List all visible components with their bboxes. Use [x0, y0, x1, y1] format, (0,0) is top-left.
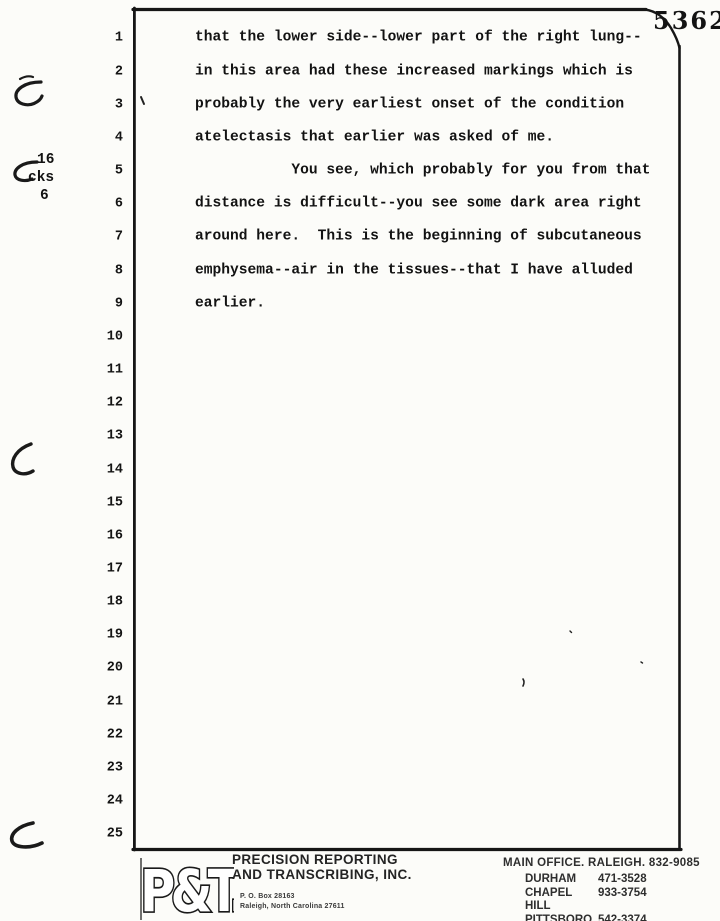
- line-number: 3: [0, 97, 123, 112]
- office-phone-list: MAIN OFFICE. RALEIGH. 832-9085 DURHAM 47…: [503, 857, 700, 921]
- transcript-row: 17: [0, 552, 700, 585]
- line-number: 10: [0, 329, 123, 344]
- line-number: 17: [0, 561, 123, 576]
- line-number: 12: [0, 396, 123, 411]
- transcript-row: 12: [0, 387, 700, 420]
- transcript-row: 8 emphysema--air in the tissues--that I …: [0, 254, 700, 287]
- line-number: 23: [0, 760, 123, 775]
- line-number: 9: [0, 296, 123, 311]
- transcript-row: 7 around here. This is the beginning of …: [0, 221, 700, 254]
- line-number: 24: [0, 794, 123, 809]
- transcript-row: 18: [0, 586, 700, 619]
- line-number: 13: [0, 429, 123, 444]
- firm-name-line1: PRECISION REPORTING: [232, 853, 412, 868]
- transcript-row: 23: [0, 751, 700, 784]
- firm-po-box: P. O. Box 28163: [240, 892, 345, 902]
- line-number: 15: [0, 495, 123, 510]
- line-number: 22: [0, 727, 123, 742]
- line-number: 14: [0, 462, 123, 477]
- branch-office-row: DURHAM 471-3528: [525, 873, 700, 886]
- company-logo: P&T.: [142, 855, 234, 919]
- transcript-row: 24: [0, 784, 700, 817]
- branch-office-phone: 933-3754: [598, 887, 647, 914]
- firm-name: PRECISION REPORTING AND TRANSCRIBING, IN…: [232, 853, 412, 882]
- margin-note-line2: cks: [28, 171, 54, 186]
- transcript-row: 11: [0, 353, 700, 386]
- transcript-line-text: atelectasis that earlier was asked of me…: [195, 131, 554, 146]
- transcript-row: 9 earlier.: [0, 287, 700, 320]
- branch-office-phone: 471-3528: [598, 873, 647, 886]
- line-number: 2: [0, 64, 123, 79]
- transcript-line-text: probably the very earliest onset of the …: [195, 97, 624, 112]
- transcript-row: 3 probably the very earliest onset of th…: [0, 88, 700, 121]
- transcript-body: 1 that the lower side--lower part of the…: [0, 22, 700, 851]
- main-office-line: MAIN OFFICE. RALEIGH. 832-9085: [503, 857, 700, 870]
- transcript-row: 22: [0, 718, 700, 751]
- line-number: 19: [0, 628, 123, 643]
- branch-offices: DURHAM 471-3528 CHAPEL HILL 933-3754 PIT…: [525, 873, 700, 921]
- transcript-line-text: emphysema--air in the tissues--that I ha…: [195, 263, 633, 278]
- transcript-line-text: You see, which probably for you from tha…: [195, 164, 650, 179]
- transcript-row: 20: [0, 652, 700, 685]
- line-number: 8: [0, 263, 123, 278]
- transcript-row: 13: [0, 420, 700, 453]
- transcript-line-text: distance is difficult--you see some dark…: [195, 197, 642, 212]
- transcript-line-text: around here. This is the beginning of su…: [195, 230, 642, 245]
- branch-office-name: CHAPEL HILL: [525, 887, 598, 914]
- branch-office-row: PITTSBORO 542-3374: [525, 914, 700, 921]
- transcript-row: 5 You see, which probably for you from t…: [0, 155, 700, 188]
- transcript-row: 2 in this area had these increased marki…: [0, 55, 700, 88]
- branch-office-name: DURHAM: [525, 873, 598, 886]
- transcript-row: 1 that the lower side--lower part of the…: [0, 22, 700, 55]
- transcript-line-text: earlier.: [195, 296, 265, 311]
- margin-note-line1: 16: [37, 153, 54, 168]
- transcript-line-text: in this area had these increased marking…: [195, 64, 633, 79]
- transcript-row: 4 atelectasis that earlier was asked of …: [0, 121, 700, 154]
- line-number: 6: [0, 197, 123, 212]
- transcript-row: 10: [0, 320, 700, 353]
- transcript-row: 19: [0, 619, 700, 652]
- line-number: 4: [0, 130, 123, 145]
- transcript-row: 15: [0, 486, 700, 519]
- line-number: 11: [0, 363, 123, 378]
- line-number: 7: [0, 230, 123, 245]
- scanned-transcript-page: { "page": { "number": "5362" }, "margin_…: [0, 0, 720, 921]
- branch-office-phone: 542-3374: [598, 914, 647, 921]
- line-number: 21: [0, 694, 123, 709]
- transcript-row: 25: [0, 818, 700, 851]
- firm-address: P. O. Box 28163 Raleigh, North Carolina …: [240, 892, 345, 911]
- transcript-row: 6 distance is difficult--you see some da…: [0, 188, 700, 221]
- transcript-row: 16: [0, 519, 700, 552]
- transcript-line-text: that the lower side--lower part of the r…: [195, 31, 642, 46]
- transcript-row: 14: [0, 453, 700, 486]
- company-logo-text: P&T.: [142, 857, 234, 919]
- branch-office-name: PITTSBORO: [525, 914, 598, 921]
- firm-city-line: Raleigh, North Carolina 27611: [240, 902, 345, 912]
- line-number: 18: [0, 595, 123, 610]
- transcript-row: 21: [0, 685, 700, 718]
- firm-name-line2: AND TRANSCRIBING, INC.: [232, 868, 412, 883]
- branch-office-row: CHAPEL HILL 933-3754: [525, 887, 700, 914]
- line-number: 1: [0, 31, 123, 46]
- footer: P&T. PRECISION REPORTING AND TRANSCRIBIN…: [0, 851, 720, 921]
- margin-note-line3: 6: [40, 189, 49, 204]
- line-number: 16: [0, 528, 123, 543]
- line-number: 25: [0, 827, 123, 842]
- line-number: 20: [0, 661, 123, 676]
- line-number: 5: [0, 164, 123, 179]
